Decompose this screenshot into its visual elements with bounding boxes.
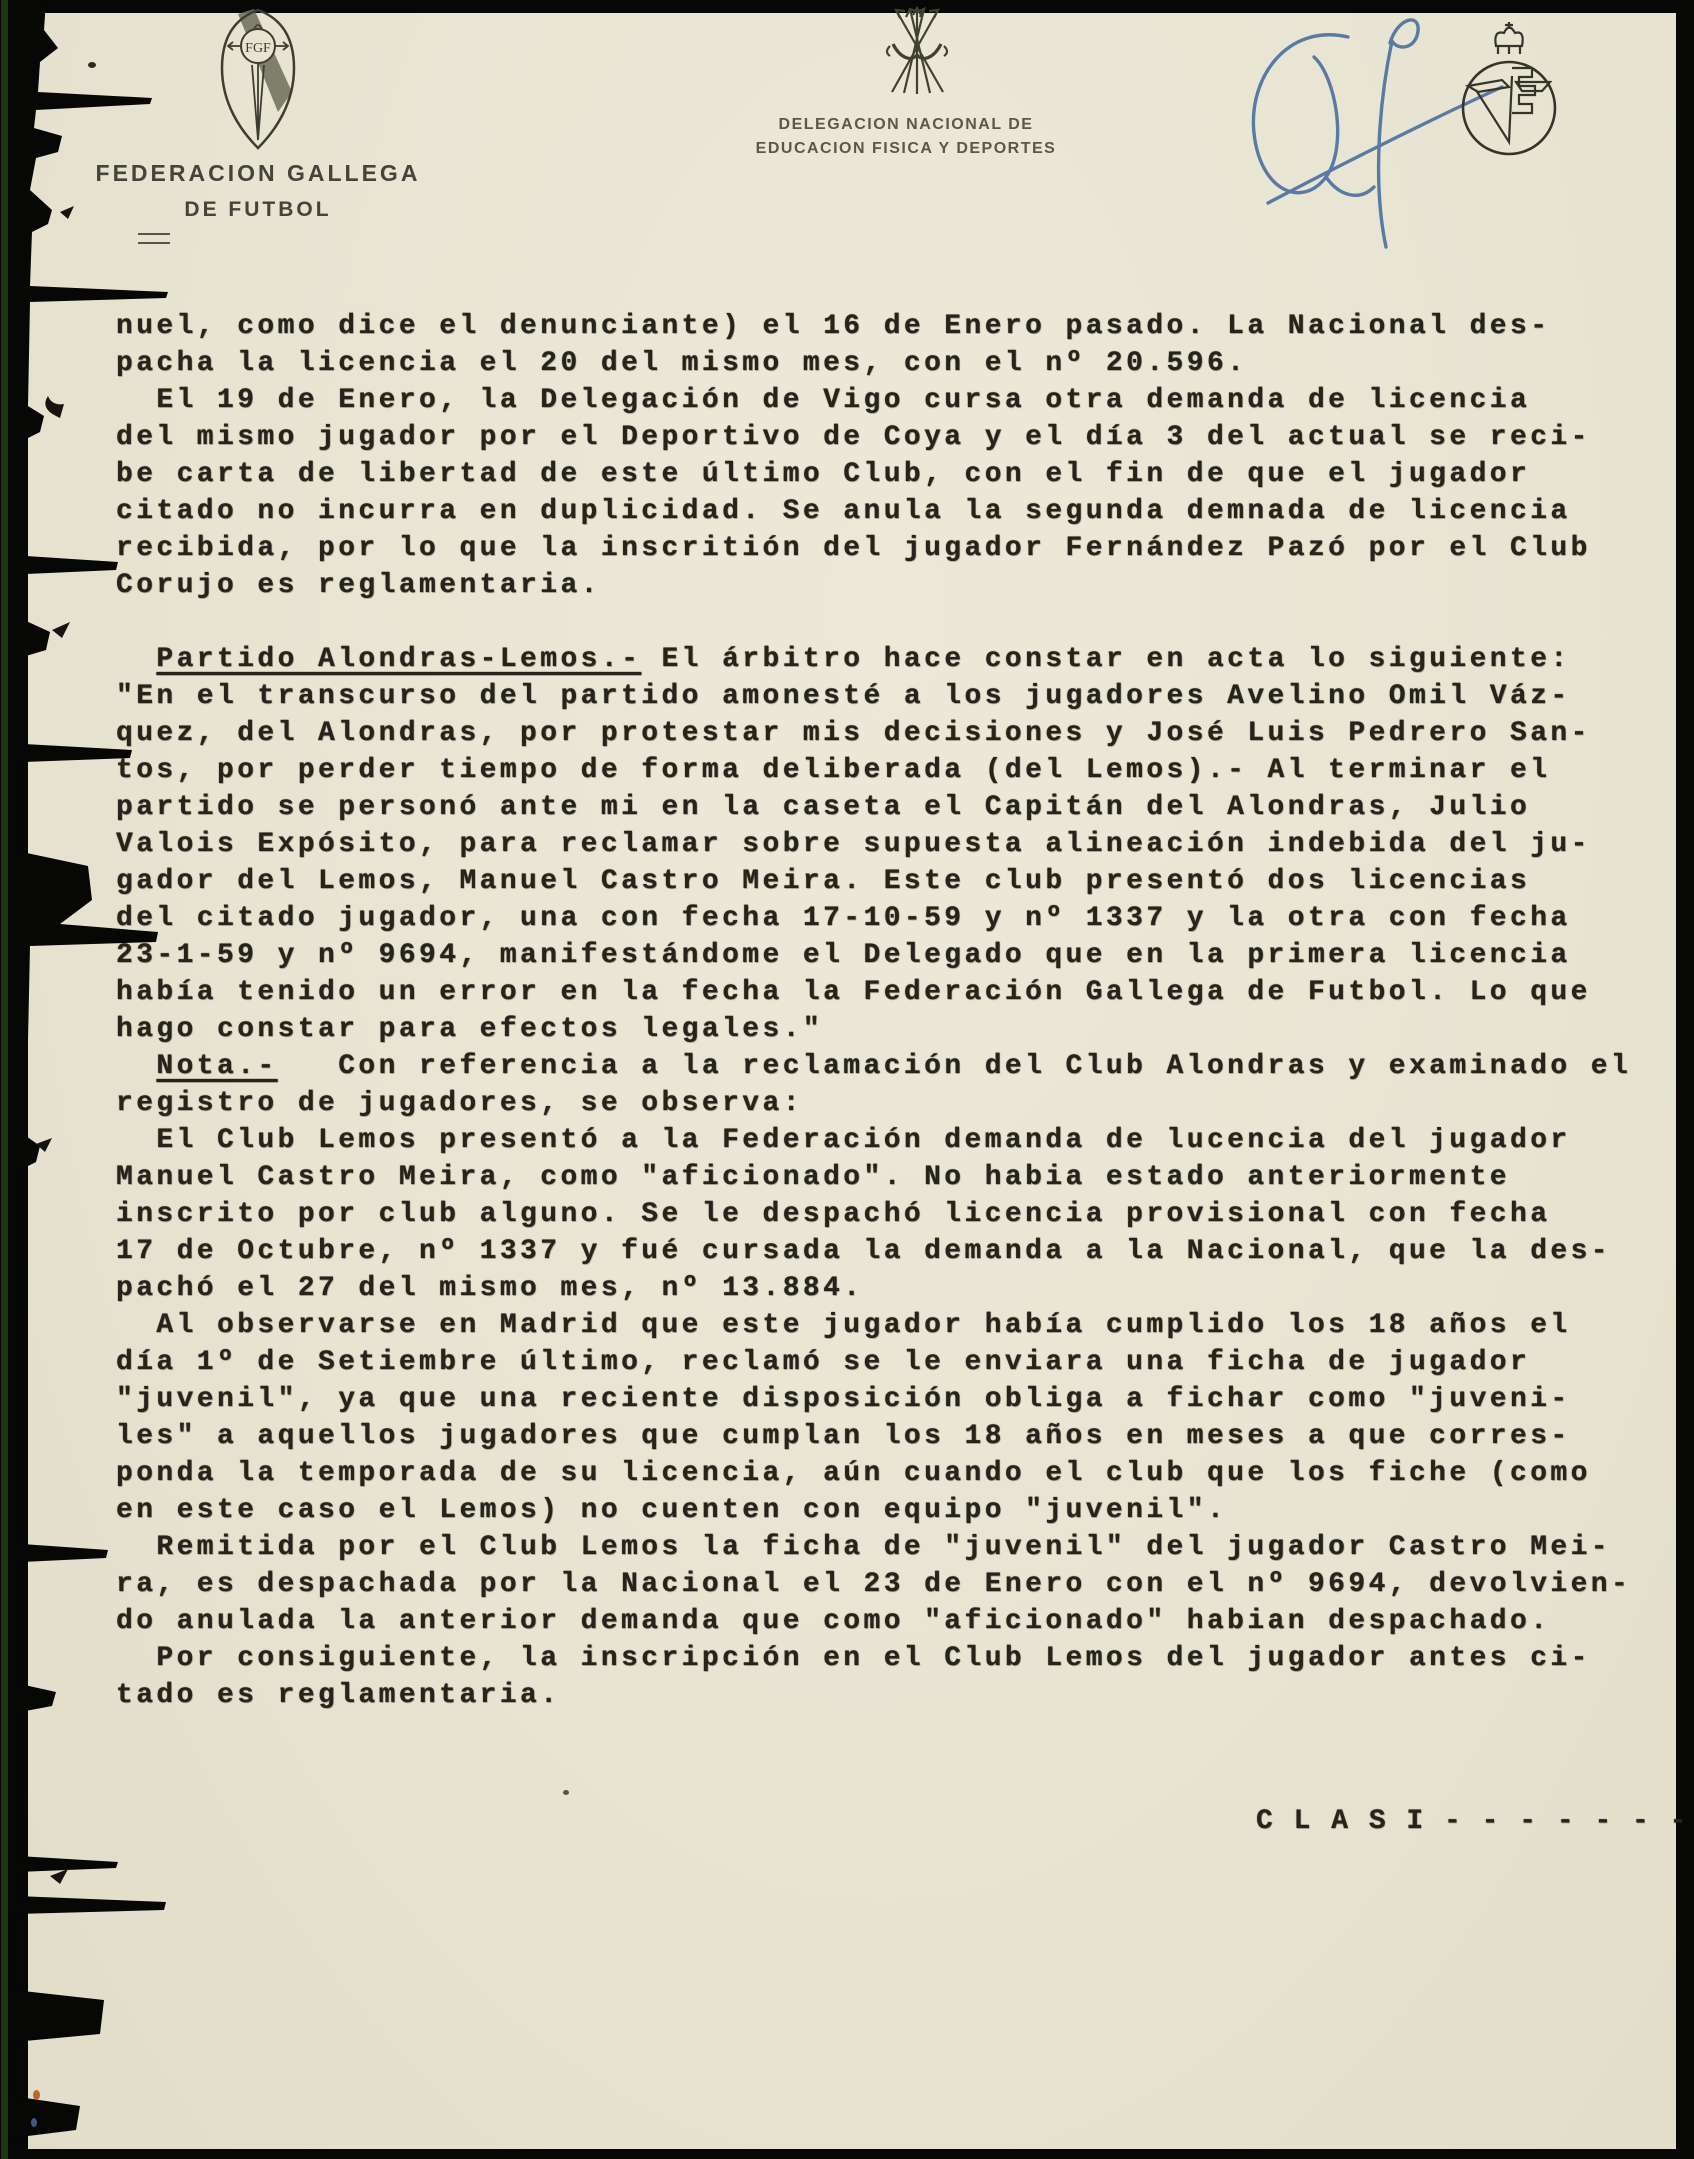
text-line: hago constar para efectos legales." xyxy=(116,1011,1681,1048)
text-line: 23-1-59 y nº 9694, manifestándome el Del… xyxy=(116,937,1681,974)
text-line: les" a aquellos jugadores que cumplan lo… xyxy=(116,1418,1681,1455)
text-line: Por consiguiente, la inscripción en el C… xyxy=(116,1640,1681,1677)
text-line: del mismo jugador por el Deportivo de Co… xyxy=(116,419,1681,456)
letterhead-rule xyxy=(138,233,170,244)
text-line: "juvenil", ya que una reciente disposici… xyxy=(116,1381,1681,1418)
yoke-and-arrows-emblem xyxy=(880,6,955,94)
color-speck xyxy=(33,2090,40,2100)
color-speck xyxy=(31,2118,37,2127)
federation-crest-logo xyxy=(1452,20,1567,175)
text-line: del citado jugador, una con fecha 17-10-… xyxy=(116,900,1681,937)
org-name-line2: DE FUTBOL xyxy=(88,198,428,222)
underlined-heading: Partido Alondras-Lemos.- xyxy=(156,644,641,675)
text-line: "En el transcurso del partido amonesté a… xyxy=(116,678,1681,715)
text-line: citado no incurra en duplicidad. Se anul… xyxy=(116,493,1681,530)
text-line: partido se personó ante mi en la caseta … xyxy=(116,789,1681,826)
text-line: pacha la licencia el 20 del mismo mes, c… xyxy=(116,345,1681,382)
scanner-edge-strip xyxy=(1,0,8,2159)
text-line: Nota.- Con referencia a la reclamación d… xyxy=(116,1048,1681,1085)
text-line: El 19 de Enero, la Delegación de Vigo cu… xyxy=(116,382,1681,419)
ink-speck xyxy=(88,62,96,68)
text-line: día 1º de Setiembre último, reclamó se l… xyxy=(116,1344,1681,1381)
body-text: nuel, como dice el denunciante) el 16 de… xyxy=(116,308,1681,1714)
text-line: nuel, como dice el denunciante) el 16 de… xyxy=(116,308,1681,345)
text-line: gador del Lemos, Manuel Castro Meira. Es… xyxy=(116,863,1681,900)
text-line: Al observarse en Madrid que este jugador… xyxy=(116,1307,1681,1344)
text-line: inscrito por club alguno. Se le despachó… xyxy=(116,1196,1681,1233)
fgf-shield-logo: FGF xyxy=(206,8,311,150)
text-line: 17 de Octubre, nº 1337 y fué cursada la … xyxy=(116,1233,1681,1270)
text-line: El Club Lemos presentó a la Federación d… xyxy=(116,1122,1681,1159)
text-line: en este caso el Lemos) no cuenten con eq… xyxy=(116,1492,1681,1529)
text-line: había tenido un error en la fecha la Fed… xyxy=(116,974,1681,1011)
text-line: quez, del Alondras, por protestar mis de… xyxy=(116,715,1681,752)
text-line: be carta de libertad de este último Club… xyxy=(116,456,1681,493)
text-line: Partido Alondras-Lemos.- El árbitro hace… xyxy=(116,641,1681,678)
document-scan-page: FGF FEDERACION GALLEGA DE FUTBOL DELEGAC… xyxy=(0,0,1694,2159)
shield-monogram: FGF xyxy=(245,41,271,56)
text-line: Manuel Castro Meira, como "aficionado". … xyxy=(116,1159,1681,1196)
text-line: ra, es despachada por la Nacional el 23 … xyxy=(116,1566,1681,1603)
text-line: pachó el 27 del mismo mes, nº 13.884. xyxy=(116,1270,1681,1307)
text-line: ponda la temporada de su licencia, aún c… xyxy=(116,1455,1681,1492)
text-line: do anulada la anterior demanda que como … xyxy=(116,1603,1681,1640)
delegation-line2: EDUCACION FISICA Y DEPORTES xyxy=(700,140,1112,158)
text-line: tado es reglamentaria. xyxy=(116,1677,1681,1714)
text-line xyxy=(116,604,1681,641)
classification-text: C L A S I - - - - - - - xyxy=(1256,1806,1688,1837)
text-line: Remitida por el Club Lemos la ficha de "… xyxy=(116,1529,1681,1566)
org-name-line1: FEDERACION GALLEGA xyxy=(88,160,428,187)
underlined-heading: Nota.- xyxy=(156,1051,277,1082)
text-line: recibida, por lo que la inscritión del j… xyxy=(116,530,1681,567)
text-line: Corujo es reglamentaria. xyxy=(116,567,1681,604)
text-line: Valois Expósito, para reclamar sobre sup… xyxy=(116,826,1681,863)
text-line: registro de jugadores, se observa: xyxy=(116,1085,1681,1122)
ink-speck xyxy=(563,1790,569,1795)
text-line: tos, por perder tiempo de forma delibera… xyxy=(116,752,1681,789)
delegation-line1: DELEGACION NACIONAL DE xyxy=(700,116,1112,134)
